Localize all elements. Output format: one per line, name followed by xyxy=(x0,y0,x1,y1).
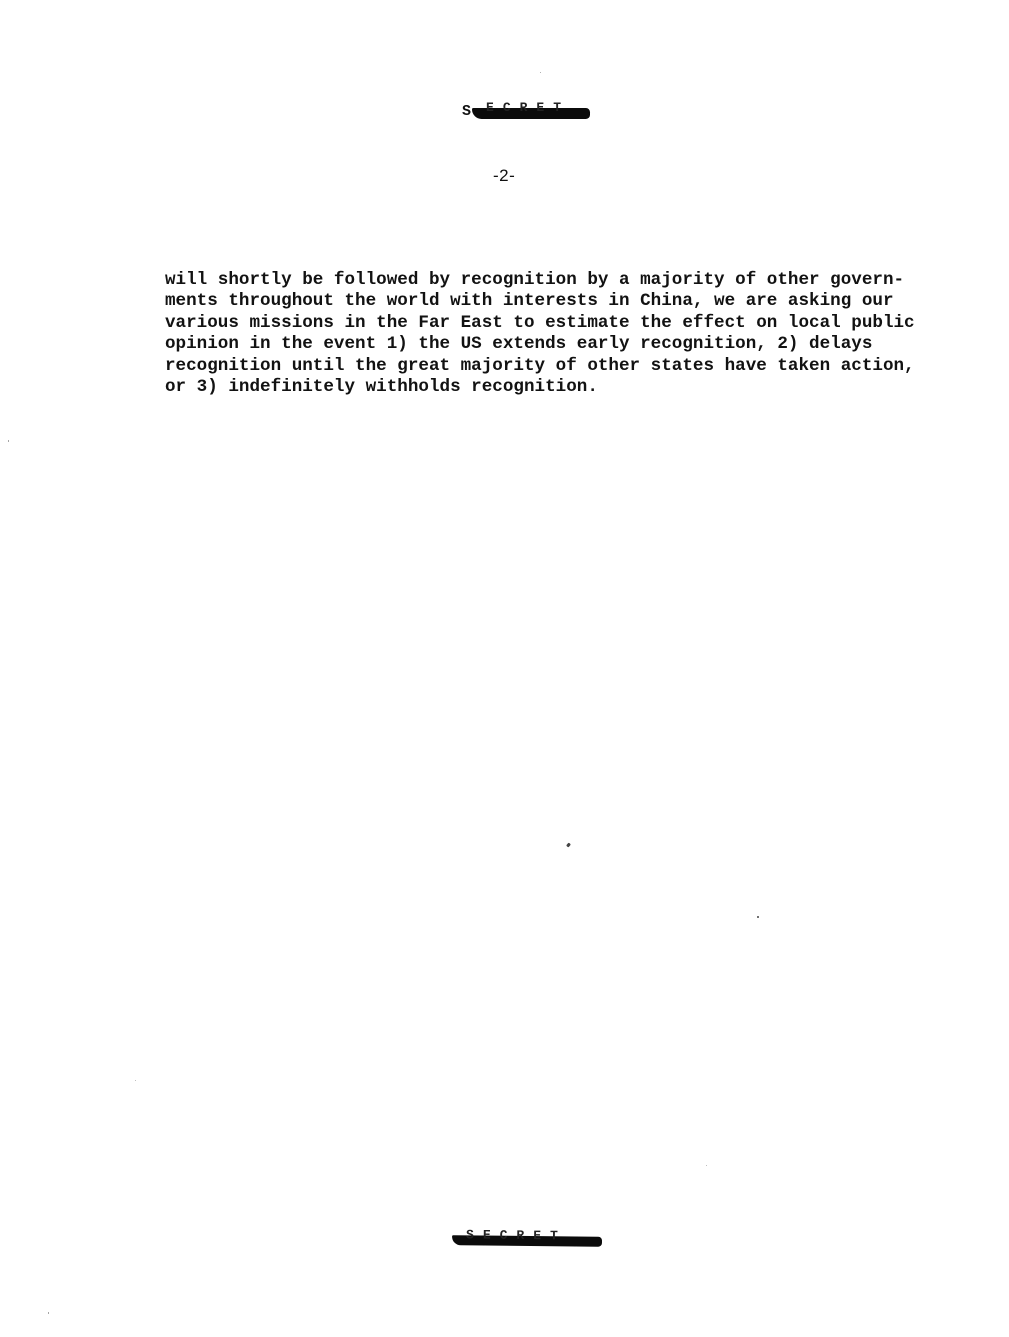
scan-speck xyxy=(706,1165,707,1166)
body-line: various missions in the Far East to esti… xyxy=(165,313,945,334)
document-page: S ECRET -2- will shortly be followed by … xyxy=(0,0,1009,1337)
header-classification-marking: S ECRET xyxy=(462,100,590,122)
body-line: or 3) indefinitely withholds recognition… xyxy=(165,377,945,398)
body-line: will shortly be followed by recognition … xyxy=(165,270,945,291)
scan-speck xyxy=(757,916,759,918)
redacted-classification-text: ECRET xyxy=(486,101,570,114)
classification-visible-letter: S xyxy=(462,104,472,119)
scan-speck xyxy=(566,843,571,848)
body-line: recognition until the great majority of … xyxy=(165,356,945,377)
scan-speck xyxy=(48,1312,49,1314)
scan-speck xyxy=(8,440,9,442)
body-line: opinion in the event 1) the US extends e… xyxy=(165,334,945,355)
redacted-classification-text: SECRET xyxy=(466,1228,567,1242)
redaction-bar: ECRET xyxy=(472,108,590,119)
body-paragraph: will shortly be followed by recognition … xyxy=(165,270,945,398)
scan-speck xyxy=(135,1080,136,1081)
footer-classification-marking: SECRET xyxy=(452,1228,602,1250)
scan-speck xyxy=(540,72,541,73)
body-line: ments throughout the world with interest… xyxy=(165,291,945,312)
page-number: -2- xyxy=(493,166,515,186)
redaction-bar: SECRET xyxy=(452,1235,602,1247)
